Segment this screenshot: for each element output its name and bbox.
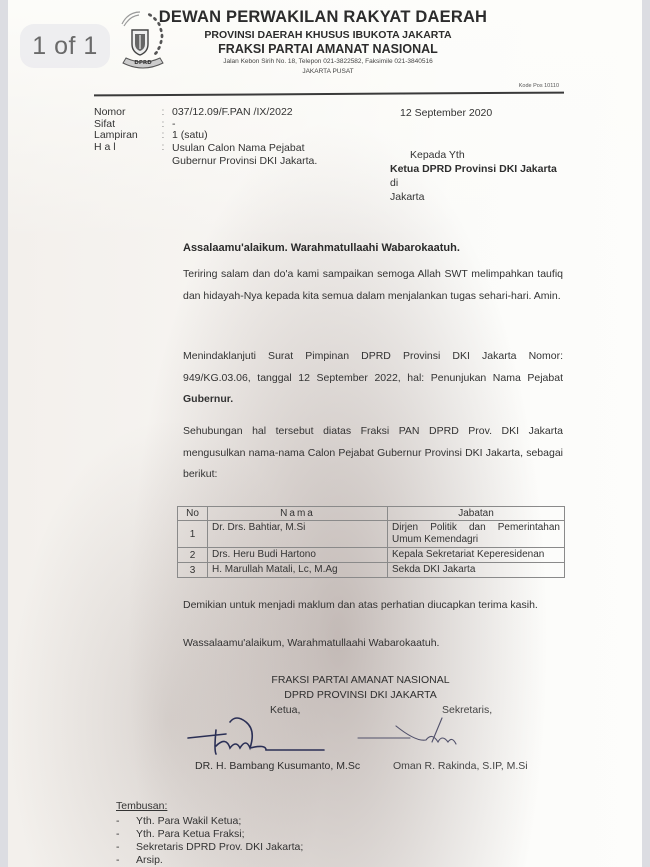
header-nama: Nama: [208, 507, 388, 521]
list-item: -Yth. Para Ketua Fraksi;: [116, 828, 303, 841]
signatory-org: FRAKSI PARTAI AMANAT NASIONAL: [208, 674, 513, 686]
paragraph-3: Sehubungan hal tersebut diatas Fraksi PA…: [183, 421, 563, 486]
document-page: DPRD DEWAN PERWAKILAN RAKYAT DAERAH PROV…: [8, 0, 642, 867]
letterhead-faction: FRAKSI PARTAI AMANAT NASIONAL: [163, 42, 493, 56]
recipient-name: Ketua DPRD Provinsi DKI Jakarta: [390, 162, 557, 176]
meta-nomor: Nomor : 037/12.09/F.PAN /IX/2022: [94, 107, 382, 119]
letterhead-title: DEWAN PERWAKILAN RAKYAT DAERAH: [158, 8, 488, 27]
nominee-table: No Nama Jabatan 1 Dr. Drs. Bahtiar, M.Si…: [177, 506, 565, 578]
svg-text:DPRD: DPRD: [134, 60, 152, 66]
page-indicator: 1 of 1: [20, 24, 110, 68]
ketua-name: DR. H. Bambang Kusumanto, M.Sc: [195, 760, 360, 772]
dprd-emblem-icon: DPRD: [108, 6, 178, 76]
table-row: 3 H. Marullah Matali, Lc, M.Ag Sekda DKI…: [178, 563, 565, 578]
list-item: -Yth. Para Wakil Ketua;: [116, 815, 303, 828]
signatory-org-2: DPRD PROVINSI DKI JAKARTA: [208, 689, 513, 701]
paragraph-2: Menindaklanjuti Surat Pimpinan DPRD Prov…: [183, 346, 563, 411]
header-jabatan: Jabatan: [388, 507, 565, 521]
tembusan-list: Tembusan: -Yth. Para Wakil Ketua; -Yth. …: [116, 800, 303, 867]
paragraph-1: Teriring salam dan do'a kami sampaikan s…: [183, 264, 563, 307]
table-header-row: No Nama Jabatan: [178, 507, 565, 521]
recipient-block: Kepada Yth Ketua DPRD Provinsi DKI Jakar…: [390, 148, 557, 204]
viewer-right-edge: [642, 0, 650, 867]
table-row: 2 Drs. Heru Budi Hartono Kepala Sekretar…: [178, 548, 565, 563]
list-item: -Sekretaris DPRD Prov. DKI Jakarta;: [116, 841, 303, 854]
closing-salam: Wassalaamu'alaikum, Warahmatullaahi Waba…: [183, 637, 439, 649]
sekretaris-name: Oman R. Rakinda, S.IP, M.Si: [393, 760, 528, 772]
postal-code: Kode Pos 10110: [519, 83, 559, 89]
letterhead-address: Jalan Kebon Sirih No. 18, Telepon 021-38…: [163, 58, 493, 65]
letterhead-city: JAKARTA PUSAT: [163, 68, 493, 75]
viewer-left-edge: [0, 0, 8, 867]
document-viewer: DPRD DEWAN PERWAKILAN RAKYAT DAERAH PROV…: [0, 0, 650, 867]
tembusan-title: Tembusan:: [116, 800, 303, 812]
sekretaris-signature-icon: [356, 712, 476, 752]
greeting: Assalaamu'alaikum. Warahmatullaahi Wabar…: [183, 238, 563, 260]
meta-lampiran: Lampiran : 1 (satu): [94, 130, 382, 142]
header-no: No: [178, 507, 208, 521]
letterhead-province: PROVINSI DAERAH KHUSUS IBUKOTA JAKARTA: [163, 29, 493, 41]
meta-hal: H a l : Usulan Calon Nama Pejabat Gubern…: [94, 142, 382, 170]
ketua-signature-icon: [186, 710, 326, 756]
table-row: 1 Dr. Drs. Bahtiar, M.Si Dirjen Politik …: [178, 521, 565, 548]
list-item: -Arsip.: [116, 854, 303, 867]
letter-meta: Nomor : 037/12.09/F.PAN /IX/2022 Sifat :…: [94, 107, 382, 170]
letter-date: 12 September 2020: [400, 107, 492, 119]
closing-thanks: Demikian untuk menjadi maklum dan atas p…: [183, 599, 538, 611]
